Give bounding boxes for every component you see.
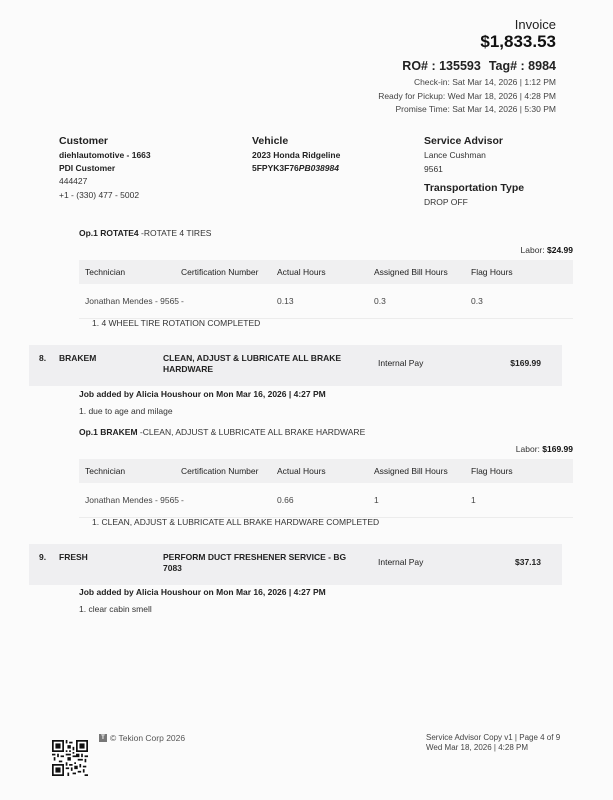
service-advisor-title: Service Advisor bbox=[424, 135, 503, 147]
col-certification: Certification Number bbox=[181, 466, 277, 476]
labor-value: $24.99 bbox=[547, 245, 573, 255]
vehicle-vin: 5FPYK3F76PB038984 bbox=[252, 162, 340, 175]
col-actual-hours: Actual Hours bbox=[277, 466, 374, 476]
tag-number: Tag# : 8984 bbox=[489, 59, 556, 73]
printed-time: Wed Mar 18, 2026 | 4:28 PM bbox=[426, 743, 560, 753]
op-note-rotate: 1. 4 WHEEL TIRE ROTATION COMPLETED bbox=[92, 318, 260, 328]
footer-copyright: T © Tekion Corp 2026 bbox=[99, 733, 185, 743]
technician-table: Technician Certification Number Actual H… bbox=[79, 260, 573, 319]
job-concern: 1. clear cabin smell bbox=[79, 604, 152, 614]
table-row: Jonathan Mendes - 9565 - 0.13 0.3 0.3 bbox=[79, 284, 573, 319]
job-code: BRAKEM bbox=[59, 353, 96, 363]
job-added-by: Job added by Alicia Houshour on Mon Mar … bbox=[79, 389, 326, 399]
labor-rotate: Labor: $24.99 bbox=[521, 245, 573, 255]
table-header: Technician Certification Number Actual H… bbox=[79, 260, 573, 284]
cell-technician: Jonathan Mendes - 9565 bbox=[79, 296, 181, 307]
cell-flag-hours: 1 bbox=[471, 495, 561, 505]
customer-phone: +1 - (330) 477 - 5002 bbox=[59, 189, 151, 202]
footer-page-info: Service Advisor Copy v1 | Page 4 of 9 We… bbox=[426, 733, 560, 753]
ro-tag-line: RO# : 135593Tag# : 8984 bbox=[402, 59, 556, 73]
job-amount: $37.13 bbox=[515, 557, 541, 567]
table-header: Technician Certification Number Actual H… bbox=[79, 459, 573, 483]
job-pay-type: Internal Pay bbox=[378, 358, 423, 368]
vehicle-block: 2023 Honda Ridgeline 5FPYK3F76PB038984 bbox=[252, 149, 340, 174]
op-note-brakem: 1. CLEAN, ADJUST & LUBRICATE ALL BRAKE H… bbox=[92, 517, 379, 527]
col-assigned-bill-hours: Assigned Bill Hours bbox=[374, 267, 471, 277]
col-flag-hours: Flag Hours bbox=[471, 466, 561, 476]
job-header-9: 9. FRESH PERFORM DUCT FRESHENER SERVICE … bbox=[29, 544, 562, 585]
cell-assigned-bill-hours: 0.3 bbox=[374, 296, 471, 306]
job-header-8: 8. BRAKEM CLEAN, ADJUST & LUBRICATE ALL … bbox=[29, 345, 562, 386]
vehicle-title: Vehicle bbox=[252, 135, 288, 147]
labor-label: Labor: bbox=[521, 245, 545, 255]
col-certification: Certification Number bbox=[181, 267, 277, 277]
job-code: FRESH bbox=[59, 552, 88, 562]
job-pay-type: Internal Pay bbox=[378, 557, 423, 567]
job-number: 8. bbox=[39, 353, 46, 363]
cell-technician: Jonathan Mendes - 9565 bbox=[79, 495, 181, 506]
op-desc: -ROTATE 4 TIRES bbox=[139, 228, 212, 238]
copy-info: Service Advisor Copy v1 | Page 4 of 9 bbox=[426, 733, 560, 743]
transportation-value: DROP OFF bbox=[424, 196, 468, 209]
job-added-by: Job added by Alicia Houshour on Mon Mar … bbox=[79, 587, 326, 597]
op-line-brakem: Op.1 BRAKEM -CLEAN, ADJUST & LUBRICATE A… bbox=[79, 427, 365, 437]
job-amount: $169.99 bbox=[510, 358, 541, 368]
invoice-label: Invoice bbox=[515, 17, 556, 32]
job-number: 9. bbox=[39, 552, 46, 562]
copyright-text: © Tekion Corp 2026 bbox=[110, 733, 185, 743]
qr-code-icon bbox=[52, 740, 88, 776]
col-flag-hours: Flag Hours bbox=[471, 267, 561, 277]
service-advisor-name: Lance Cushman bbox=[424, 149, 486, 162]
service-advisor-id: 9561 bbox=[424, 163, 486, 176]
labor-brakem: Labor: $169.99 bbox=[516, 444, 573, 454]
ready-for-pickup-time: Ready for Pickup: Wed Mar 18, 2026 | 4:2… bbox=[378, 91, 556, 101]
cell-certification: - bbox=[181, 296, 277, 306]
col-assigned-bill-hours: Assigned Bill Hours bbox=[374, 466, 471, 476]
labor-value: $169.99 bbox=[542, 444, 573, 454]
technician-table: Technician Certification Number Actual H… bbox=[79, 459, 573, 518]
check-in-time: Check-in: Sat Mar 14, 2026 | 1:12 PM bbox=[414, 77, 556, 87]
cell-certification: - bbox=[181, 495, 277, 505]
job-description: CLEAN, ADJUST & LUBRICATE ALL BRAKE HARD… bbox=[163, 353, 353, 375]
tekion-logo-icon: T bbox=[99, 734, 107, 742]
transportation-title: Transportation Type bbox=[424, 182, 524, 194]
cell-actual-hours: 0.13 bbox=[277, 296, 374, 306]
cell-flag-hours: 0.3 bbox=[471, 296, 561, 306]
customer-type: PDI Customer bbox=[59, 162, 151, 175]
customer-name: diehlautomotive - 1663 bbox=[59, 149, 151, 162]
vin-suffix: PB038984 bbox=[299, 163, 339, 173]
invoice-total: $1,833.53 bbox=[480, 32, 556, 52]
cell-actual-hours: 0.66 bbox=[277, 495, 374, 505]
promise-time: Promise Time: Sat Mar 14, 2026 | 5:30 PM bbox=[396, 104, 556, 114]
op-code: Op.1 ROTATE4 bbox=[79, 228, 139, 238]
op-code: Op.1 BRAKEM bbox=[79, 427, 138, 437]
vin-prefix: 5FPYK3F76 bbox=[252, 163, 299, 173]
col-technician: Technician bbox=[79, 466, 181, 477]
col-technician: Technician bbox=[79, 267, 181, 278]
vehicle-model: 2023 Honda Ridgeline bbox=[252, 149, 340, 162]
job-description: PERFORM DUCT FRESHENER SERVICE - BG 7083 bbox=[163, 552, 353, 574]
service-advisor-block: Lance Cushman 9561 bbox=[424, 149, 486, 175]
customer-block: diehlautomotive - 1663 PDI Customer 4444… bbox=[59, 149, 151, 201]
customer-id: 444427 bbox=[59, 175, 151, 188]
ro-number: RO# : 135593 bbox=[402, 59, 481, 73]
cell-assigned-bill-hours: 1 bbox=[374, 495, 471, 505]
table-row: Jonathan Mendes - 9565 - 0.66 1 1 bbox=[79, 483, 573, 518]
col-actual-hours: Actual Hours bbox=[277, 267, 374, 277]
job-concern: 1. due to age and milage bbox=[79, 406, 173, 416]
labor-label: Labor: bbox=[516, 444, 540, 454]
op-line-rotate: Op.1 ROTATE4 -ROTATE 4 TIRES bbox=[79, 228, 211, 238]
customer-title: Customer bbox=[59, 135, 108, 147]
op-desc: -CLEAN, ADJUST & LUBRICATE ALL BRAKE HAR… bbox=[138, 427, 366, 437]
